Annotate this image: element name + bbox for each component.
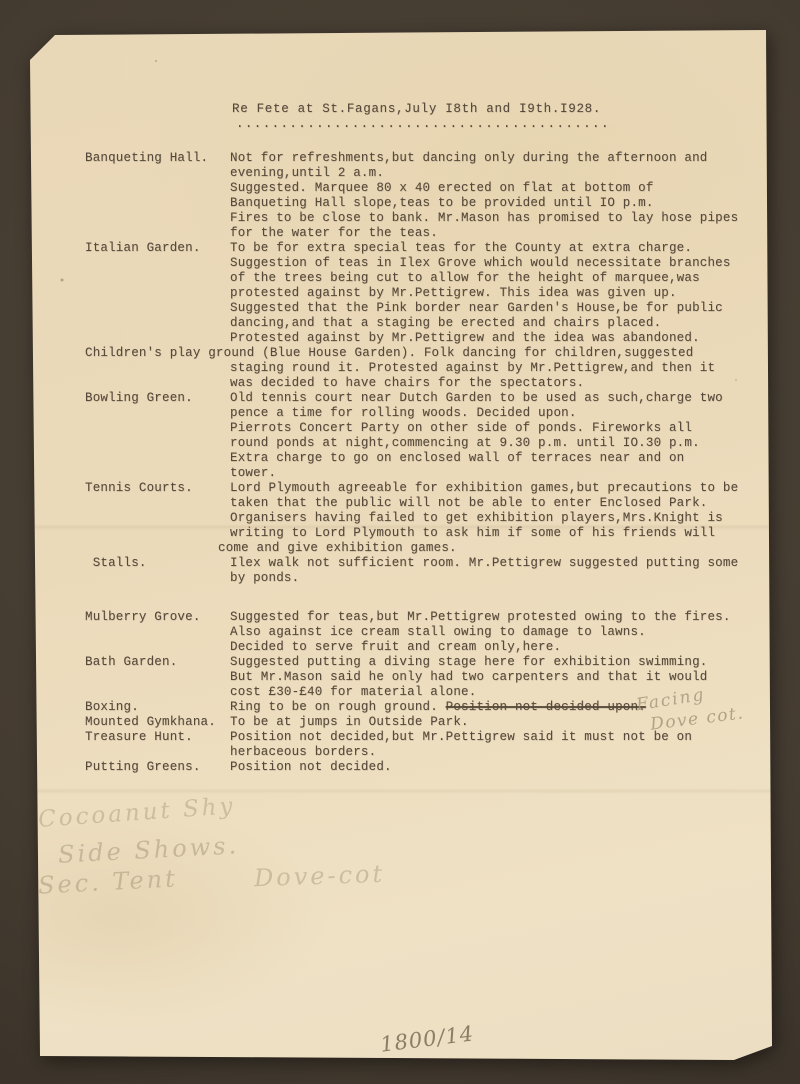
section-label	[85, 361, 230, 391]
typed-line: Pierrots Concert Party on other side of …	[230, 421, 757, 436]
typed-line: Suggested. Marquee 80 x 40 erected on fl…	[230, 181, 757, 196]
typed-line: Suggested putting a diving stage here fo…	[230, 655, 757, 670]
section-label: Mounted Gymkhana.	[85, 715, 230, 730]
typed-line: To be for extra special teas for the Cou…	[230, 241, 757, 256]
section-row: Italian Garden.To be for extra special t…	[85, 241, 757, 346]
typed-line: round ponds at night,commencing at 9.30 …	[230, 436, 757, 451]
photo-backdrop: Re Fete at St.Fagans,July I8th and I9th.…	[0, 0, 800, 1084]
section-body: Not for refreshments,but dancing only du…	[230, 151, 757, 241]
pencil-note-dove-cot: Dove-cot	[254, 860, 386, 893]
typed-line: Old tennis court near Dutch Garden to be…	[230, 391, 757, 406]
title-underline-dots: ........................................…	[236, 117, 610, 132]
typed-line: tower.	[230, 466, 757, 481]
typed-line: Organisers having failed to get exhibiti…	[230, 511, 757, 526]
typed-line-outdent: come and give exhibition games.	[218, 541, 757, 556]
memo-section: Banqueting Hall.Not for refreshments,but…	[85, 151, 757, 241]
typed-line: Suggestion of teas in Ilex Grove which w…	[230, 256, 757, 271]
section-row: Bowling Green.Old tennis court near Dutc…	[85, 391, 757, 481]
section-body: Ilex walk not sufficient room. Mr.Pettig…	[230, 556, 757, 586]
section-row: Stalls.Ilex walk not sufficient room. Mr…	[85, 556, 757, 586]
section-label: Treasure Hunt.	[85, 730, 230, 760]
typed-line: by ponds.	[230, 571, 757, 586]
struck-text: Position not decided upon.	[446, 700, 646, 714]
typed-line: Fires to be close to bank. Mr.Mason has …	[230, 211, 757, 226]
memo-section: Children's play ground (Blue House Garde…	[85, 346, 757, 391]
section-body: Position not decided,but Mr.Pettigrew sa…	[230, 730, 757, 760]
typed-line: evening,until 2 a.m.	[230, 166, 757, 181]
memo-section: Stalls.Ilex walk not sufficient room. Mr…	[85, 556, 757, 586]
pencil-note-cocoanut-shy: Cocoanut Shy	[37, 793, 236, 833]
typed-line: Extra charge to go on enclosed wall of t…	[230, 451, 757, 466]
section-body: Suggested for teas,but Mr.Pettigrew prot…	[230, 610, 757, 655]
section-label: Putting Greens.	[85, 760, 230, 775]
typed-line: Position not decided.	[230, 760, 757, 775]
section-label: Bath Garden.	[85, 655, 230, 700]
memo-section: Putting Greens.Position not decided.	[85, 760, 757, 775]
typed-line: was decided to have chairs for the spect…	[230, 376, 757, 391]
typed-line: of the trees being cut to allow for the …	[230, 271, 757, 286]
typed-line: writing to Lord Plymouth to ask him if s…	[230, 526, 757, 541]
typed-line: dancing,and that a staging be erected an…	[230, 316, 757, 331]
section-label: Tennis Courts.	[85, 481, 230, 556]
typed-line: Position not decided,but Mr.Pettigrew sa…	[230, 730, 757, 745]
section-body: Position not decided.	[230, 760, 757, 775]
section-row: Tennis Courts.Lord Plymouth agreeable fo…	[85, 481, 757, 556]
section-label: Banqueting Hall.	[85, 151, 230, 241]
typed-line: Ilex walk not sufficient room. Mr.Pettig…	[230, 556, 757, 571]
typed-line: Protested against by Mr.Pettigrew and th…	[230, 331, 757, 346]
memo-section: Bowling Green.Old tennis court near Dutc…	[85, 391, 757, 481]
typed-line: for the water for the teas.	[230, 226, 757, 241]
memo-section: Mulberry Grove.Suggested for teas,but Mr…	[85, 610, 757, 655]
typed-line: staging round it. Protested against by M…	[230, 361, 757, 376]
section-body: Lord Plymouth agreeable for exhibition g…	[230, 481, 757, 556]
document-title: Re Fete at St.Fagans,July I8th and I9th.…	[232, 102, 601, 117]
section-body: To be for extra special teas for the Cou…	[230, 241, 757, 346]
typed-line: taken that the public will not be able t…	[230, 496, 757, 511]
section-label: Bowling Green.	[85, 391, 230, 481]
typed-line: Suggested that the Pink border near Gard…	[230, 301, 757, 316]
section-row: Mulberry Grove.Suggested for teas,but Mr…	[85, 610, 757, 655]
memo-section: Tennis Courts.Lord Plymouth agreeable fo…	[85, 481, 757, 556]
document-page: Re Fete at St.Fagans,July I8th and I9th.…	[30, 30, 772, 1062]
typed-text: Ring to be on rough ground.	[230, 700, 446, 714]
catalog-number: 1800/14	[379, 1021, 475, 1056]
pencil-note-side-shows: Side Shows.	[57, 831, 239, 868]
typed-line: Suggested for teas,but Mr.Pettigrew prot…	[230, 610, 757, 625]
section-body: Old tennis court near Dutch Garden to be…	[230, 391, 757, 481]
typed-line: pence a time for rolling woods. Decided …	[230, 406, 757, 421]
typed-line: Banqueting Hall slope,teas to be provide…	[230, 196, 757, 211]
section-label: Mulberry Grove.	[85, 610, 230, 655]
section-row: Banqueting Hall.Not for refreshments,but…	[85, 151, 757, 241]
memo-section: Treasure Hunt.Position not decided,but M…	[85, 730, 757, 760]
memo-section: Italian Garden.To be for extra special t…	[85, 241, 757, 346]
section-intro-line: Children's play ground (Blue House Garde…	[85, 346, 757, 361]
typed-line: But Mr.Mason said he only had two carpen…	[230, 670, 757, 685]
typed-line: Not for refreshments,but dancing only du…	[230, 151, 757, 166]
memo-sections: Banqueting Hall.Not for refreshments,but…	[85, 151, 757, 775]
document-page-wrap: Re Fete at St.Fagans,July I8th and I9th.…	[30, 30, 772, 1062]
typed-line: Lord Plymouth agreeable for exhibition g…	[230, 481, 757, 496]
typed-line: Decided to serve fruit and cream only,he…	[230, 640, 757, 655]
section-row: Treasure Hunt.Position not decided,but M…	[85, 730, 757, 760]
typed-line: herbaceous borders.	[230, 745, 757, 760]
section-row: staging round it. Protested against by M…	[85, 361, 757, 391]
typed-line: protested against by Mr.Pettigrew. This …	[230, 286, 757, 301]
section-body: staging round it. Protested against by M…	[230, 361, 757, 391]
section-label: Italian Garden.	[85, 241, 230, 346]
section-label: Stalls.	[85, 556, 230, 586]
typed-line: Also against ice cream stall owing to da…	[230, 625, 757, 640]
section-row: Putting Greens.Position not decided.	[85, 760, 757, 775]
section-label: Boxing.	[85, 700, 230, 715]
pencil-note-sec-tent: Sec. Tent	[37, 864, 178, 899]
